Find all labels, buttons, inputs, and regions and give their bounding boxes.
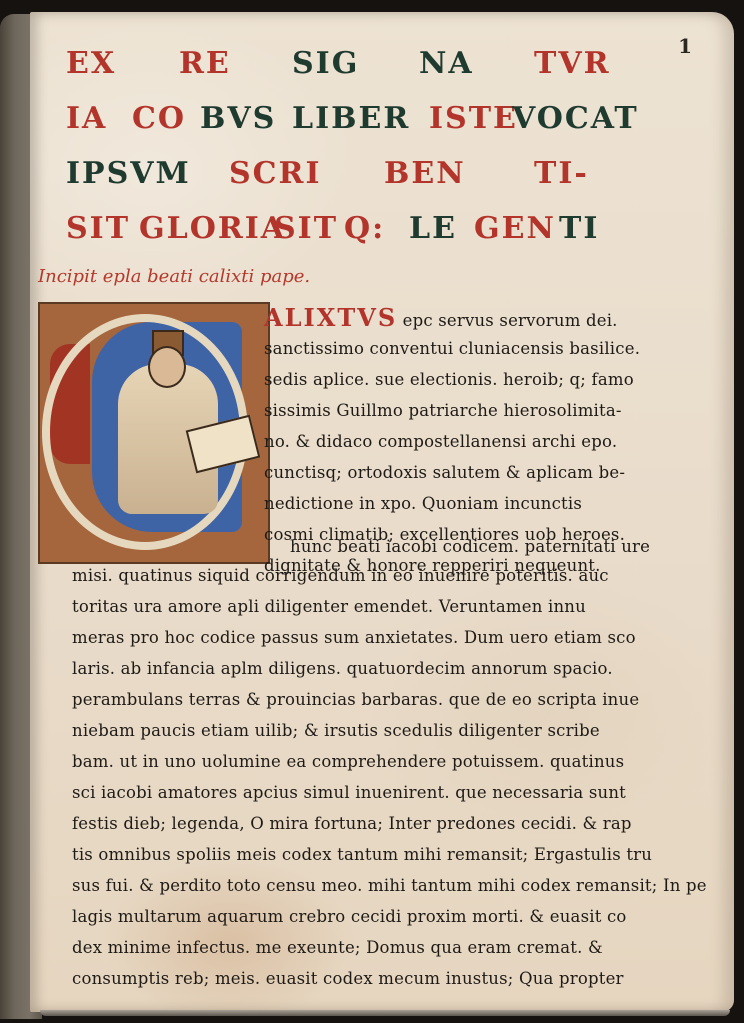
heading-word: EX bbox=[66, 46, 116, 81]
folio-number: 1 bbox=[678, 34, 692, 58]
heading-row-3: IPSVMSCRIBENTI- bbox=[34, 150, 654, 205]
rubric-incipit: Incipit epla beati calixti pape. bbox=[38, 266, 310, 287]
text-line: sci iacobi amatores apcius simul inuenir… bbox=[72, 777, 672, 808]
heading-word: SIT bbox=[274, 211, 338, 246]
heading-word: SIG bbox=[292, 46, 359, 81]
text-line: bam. ut in uno uolumine ea comprehendere… bbox=[72, 746, 672, 777]
heading-row-1: EXRESIGNATVR bbox=[34, 40, 654, 95]
heading-word: BVS bbox=[200, 101, 276, 136]
text-line: festis dieb; legenda, O mira fortuna; In… bbox=[72, 808, 672, 839]
text-line: lagis multarum aquarum crebro cecidi pro… bbox=[72, 901, 672, 932]
text-line: toritas ura amore apli diligenter emende… bbox=[72, 591, 672, 622]
display-heading: EXRESIGNATVR IACOBVSLIBERISTEVOCAT IPSVM… bbox=[34, 40, 654, 260]
text-line: sus fui. & perdito toto censu meo. mihi … bbox=[72, 870, 672, 901]
text-line: laris. ab infancia aplm diligens. quatuo… bbox=[72, 653, 672, 684]
incipit-word: ALIXTVS bbox=[264, 303, 397, 332]
heading-word: GEN bbox=[474, 211, 556, 246]
heading-word: IA bbox=[66, 101, 107, 136]
text-line: nedictione in xpo. Quoniam incunctis bbox=[264, 488, 664, 519]
heading-word: LE bbox=[409, 211, 457, 246]
heading-word: IPSVM bbox=[66, 156, 191, 191]
text-line: ALIXTVS epc servus servorum dei. bbox=[264, 302, 664, 333]
text-line: no. & didaco compostellanensi archi epo. bbox=[264, 426, 664, 457]
heading-word: TI- bbox=[534, 156, 589, 191]
text-line: sanctissimo conventui cluniacensis basil… bbox=[264, 333, 664, 364]
text-line: meras pro hoc codice passus sum anxietat… bbox=[72, 622, 672, 653]
heading-word: Q: bbox=[344, 211, 385, 246]
historiated-initial bbox=[38, 302, 270, 564]
text-line: cunctisq; ortodoxis salutem & aplicam be… bbox=[264, 457, 664, 488]
text-line: niebam paucis etiam uilib; & irsutis sce… bbox=[72, 715, 672, 746]
heading-word: NA bbox=[419, 46, 474, 81]
text-line: dex minime infectus. me exeunte; Domus q… bbox=[72, 932, 672, 963]
heading-row-2: IACOBVSLIBERISTEVOCAT bbox=[34, 95, 654, 150]
heading-word: VOCAT bbox=[512, 101, 639, 136]
heading-word: SIT bbox=[66, 211, 130, 246]
heading-word: TI bbox=[559, 211, 599, 246]
scribe-head bbox=[148, 346, 186, 388]
heading-word: LIBER bbox=[292, 101, 410, 136]
text-line: sissimis Guillmo patriarche hierosolimit… bbox=[264, 395, 664, 426]
text-line: sedis aplice. sue electionis. heroib; q;… bbox=[264, 364, 664, 395]
main-text-block: misi. quatinus siquid corrigendum in eo … bbox=[72, 560, 672, 994]
text-line: consumptis reb; meis. euasit codex mecum… bbox=[72, 963, 672, 994]
heading-word: RE bbox=[179, 46, 231, 81]
text-line: hunc beati iacobi codicem. paternitati u… bbox=[290, 531, 650, 562]
text-line: misi. quatinus siquid corrigendum in eo … bbox=[72, 560, 672, 591]
heading-word: TVR bbox=[534, 46, 611, 81]
heading-word: GLORIA bbox=[139, 211, 286, 246]
heading-word: CO bbox=[132, 101, 186, 136]
heading-row-4: SITGLORIASITQ:LEGENTI bbox=[34, 205, 654, 260]
text-line: tis omnibus spoliis meis codex tantum mi… bbox=[72, 839, 672, 870]
heading-word: SCRI bbox=[229, 156, 322, 191]
heading-word: BEN bbox=[384, 156, 466, 191]
text-line: perambulans terras & prouincias barbaras… bbox=[72, 684, 672, 715]
page-bottom-edge bbox=[40, 1010, 730, 1016]
heading-word: ISTE bbox=[429, 101, 518, 136]
